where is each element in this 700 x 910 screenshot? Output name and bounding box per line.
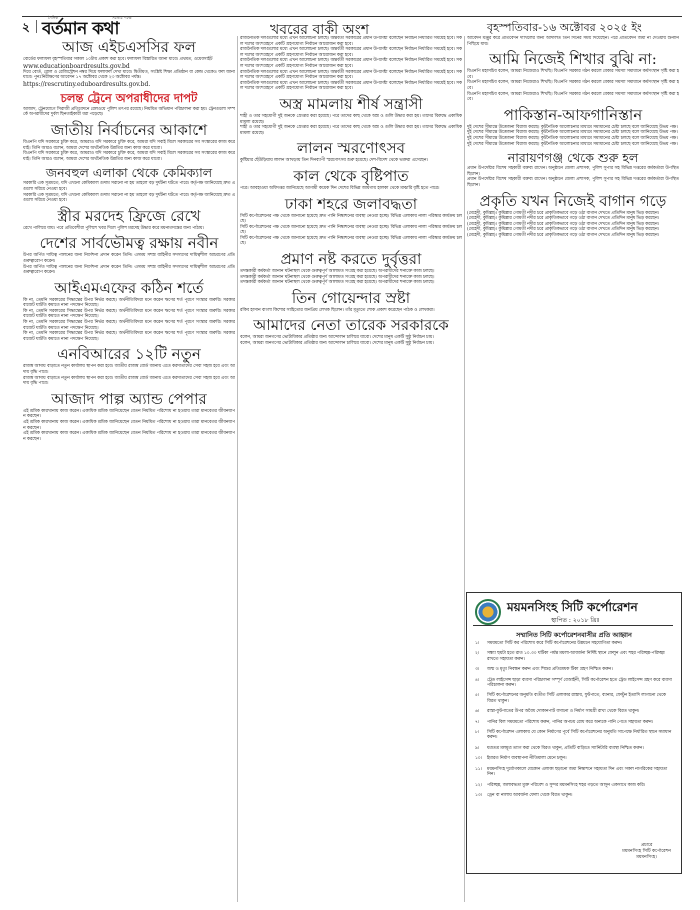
masthead-divider [36, 20, 37, 33]
article-body: বলেন, আমরা জনগণের ভোটাধিকার প্রতিষ্ঠার জ… [240, 341, 462, 347]
article-body: কি না, তেমনি সরকারের সিদ্ধান্তের উপর নির… [23, 320, 235, 331]
article-train-crime: চলন্ত ট্রেনে অপরাধীদের দাপট আজাদ, ট্রেনয… [23, 91, 235, 118]
column-2: রাজনৈতিক দলগুলোর মধ্যে এখন আলোচনা চলছে। … [240, 36, 462, 902]
article-body: আজাদ, ট্রেনযোগে সিরাজী প্রতিবেদনে রেলওয়… [23, 107, 235, 118]
article-body: বিএনপি মহাসচিব বলেন, আমরা নিজেরাও শিখছি।… [467, 92, 679, 103]
article-continued: রাজনৈতিক দলগুলোর মধ্যে এখন আলোচনা চলছে। … [240, 36, 462, 92]
article-three-detectives: তিন গোয়েন্দার স্রষ্টা রকিব হাসান বাংলা … [240, 289, 462, 314]
article-rain: কাল থেকে বৃষ্টিপাত পরে। আবহাওয়া অধিদপ্ত… [240, 167, 462, 192]
notice-signature: প্রচারে ময়মনসিংহ সিটি কর্পোরেশন ময়মনসি… [622, 843, 671, 861]
article-sovereignty: দেশের সার্বভৌমত্ব রক্ষায় নবীন উপর অর্পি… [23, 234, 235, 275]
article-body: এই শ্রমিক কারখানায় কাজ করেন। একাধিক শ্র… [23, 431, 235, 442]
logo-tagline-right: সত্যের পক্ষে [112, 15, 131, 22]
notice-item: ৮।সিটি কর্পোরেশন এলাকায় যে কোন নির্মাণে… [475, 730, 673, 741]
article-body: এই শ্রমিক কারখানায় কাজ করেন। একাধিক শ্র… [23, 420, 235, 431]
rescrutiny-url-link[interactable]: https://rescrutiny.eduboardresults.gov.b… [23, 81, 235, 88]
article-paper-mill: আজাদ পাল্প অ্যান্ড পেপার এই শ্রমিক কারখা… [23, 390, 235, 443]
article-narayanganj: নারায়ণগঞ্জ থেকে শুরু হল প্রধান উপদেষ্টা… [467, 150, 679, 188]
article-body: কুষ্টিয়ার ছেঁউড়িয়ায় লালন আখড়ায় তিন… [240, 158, 462, 164]
article-body: সিটি কর্পোরেশনের পক্ষ থেকে জানানো হয়েছে… [240, 225, 462, 236]
notice-item: ১১।ময়মনসিংহ দুর্যোগকালে যেকোন এলাকা ছড়… [475, 767, 673, 778]
article-body: রাজস্ব আদায় বাড়াতে নতুন কার্যালয় স্থা… [23, 376, 235, 387]
article-body: (মেহেদী, কুমিল্লা)। কুমিল্লার গোমতী নদীর… [467, 233, 679, 239]
article-body: রাজস্ব আদায় বাড়াতে নতুন কার্যালয় স্থা… [23, 364, 235, 375]
notice-item: ৬।রাস্তা-ফুটপাতের উপর অবৈধ দোকানপাট বসান… [475, 709, 673, 714]
headline: তিন গোয়েন্দার স্রষ্টা [240, 289, 462, 307]
article-body: বিএনপি মহাসচিব বলেন, আমরা নিজেরাও শিখছি।… [467, 69, 679, 80]
headline: প্রমাণ নষ্ট করতে দুর্বৃত্তরা [240, 250, 462, 268]
notice-item: ৭।পানির বিল সময়মতো পরিশোধ করুন, পানির অ… [475, 720, 673, 725]
article-body: উপর অর্পিত দায়িত্ব পালনের জন্য নির্দেশন… [23, 253, 235, 264]
article-body: বিএনপি যদি সরকারে চুক্তি করে, আমরাও যদি … [23, 151, 235, 162]
article-election: জাতীয় নির্বাচনের আকাশে বিএনপি যদি সরকার… [23, 121, 235, 162]
notice-list: ১।সময়মতো সিটি কর পরিশোধ করে সিটি কর্পোর… [475, 641, 673, 803]
headline: স্ত্রীর মরদেহ ফ্রিজে রেখে [23, 207, 235, 225]
notice-item: ৫।সিটি কর্পোরেশনের অনুমতি ব্যতীত সিটি এল… [475, 693, 673, 704]
headline: লালন স্মরণোৎসব [240, 139, 462, 157]
article-body: রকিব হাসান বাংলা কিশোর সাহিত্যের জনপ্রিয… [240, 308, 462, 314]
notice-item: ৩।জন্ম ও মৃত্যু নিবন্ধন করুন এবং শিশুর প… [475, 667, 673, 672]
article-body: দিয়ে বোর্ড, রোল ও রেজিস্ট্রেশন নম্বর দি… [23, 70, 235, 81]
notice-divider [473, 625, 673, 626]
article-evidence: প্রমাণ নষ্ট করতে দুর্বৃত্তরা তদন্তকারী ক… [240, 250, 462, 286]
article-body: তদন্তকারী কর্মকর্তা জানান ঘটনাস্থল থেকে … [240, 269, 462, 275]
article-body: (মেহেদী, কুমিল্লা)। কুমিল্লার গোমতী নদীর… [467, 216, 679, 222]
article-body: রাজনৈতিক দলগুলোর মধ্যে এখন আলোচনা চলছে। … [240, 58, 462, 69]
article-body: রাজনৈতিক দলগুলোর মধ্যে এখন আলোচনা চলছে। … [240, 36, 462, 47]
headline: চলন্ত ট্রেনে অপরাধীদের দাপট [23, 91, 235, 106]
notice-heading: সম্মানিত সিটি কর্পোরেশনবাসীর প্রতি আহ্বা… [467, 630, 681, 641]
article-arms-case: অস্ত্র মামলায় শীর্ষ সন্ত্রাসী শাহী ও তা… [240, 95, 462, 136]
article-body: রাজনৈতিক দলগুলোর মধ্যে এখন আলোচনা চলছে। … [240, 70, 462, 81]
article-chemical: জনবহুল এলাকা থেকে কেমিক্যাল সরকারি এক সূ… [23, 165, 235, 203]
city-corporation-notice: ময়মনসিংহ সিটি কর্পোরেশন স্থাপিত : ২০১৮ … [466, 592, 682, 874]
article-body: প্রধান উপদেষ্টার বিশেষ সহকারী বক্তব্য রা… [467, 177, 679, 188]
article-body: শাহী ও তার সহযোগী দুই জনকে গ্রেপ্তার করা… [240, 114, 462, 125]
headline: আজাদ পাল্প অ্যান্ড পেপার [23, 390, 235, 408]
notice-item: ১২।পরিচ্ছন্ন, জলাবদ্ধতা মুক্ত পরিবেশ ও স… [475, 783, 673, 788]
headline: আইএমএফের কঠিন শর্তে [23, 279, 235, 297]
article-body: সরকারি এক সূত্রমতে, যদি এখনো কেমিক্যাল গ… [23, 193, 235, 204]
article-body: রাজনৈতিক দলগুলোর মধ্যে এখন আলোচনা চলছে। … [240, 81, 462, 92]
article-body: উপর অর্পিত দায়িত্ব পালনের জন্য নির্দেশন… [23, 265, 235, 276]
headline: আমাদের নেতা তারেক সরকারকে [240, 316, 462, 334]
article-body: দুই দেশের সীমান্তে উত্তেজনা বিরাজ করছে। … [467, 142, 679, 148]
notice-item: ৯।যত্রতত্র মলমূত্র ত্যাগ করা থেকে বিরত থ… [475, 746, 673, 751]
headline: জাতীয় নির্বাচনের আকাশে [23, 121, 235, 139]
column-divider [464, 36, 465, 902]
headline: পাকিস্তান-আফগানিস্তান [467, 106, 679, 124]
article-tarek: আমাদের নেতা তারেক সরকারকে বলেন, আমরা জনগ… [240, 316, 462, 346]
column-1: আজ এইচএসসির ফল বোর্ডের ফলাফল বৃহস্পতিবার… [23, 36, 235, 902]
article-body: রাজনৈতিক দলগুলোর মধ্যে এখন আলোচনা চলছে। … [240, 47, 462, 58]
article-lalon: লালন স্মরণোৎসব কুষ্টিয়ার ছেঁউড়িয়ায় ল… [240, 139, 462, 164]
article-body: কি না, তেমনি সরকারের সিদ্ধান্তের উপর নির… [23, 298, 235, 309]
article-body: রেখে পালিয়ে যায়। পরে প্রতিবেশীরা পুলিশ… [23, 226, 235, 232]
article-body: সিটি কর্পোরেশনের পক্ষ থেকে জানানো হয়েছে… [240, 214, 462, 225]
article-body: আবেদন মঞ্জুর করে প্রতিবেদন দাখিলের জন্য … [467, 36, 679, 47]
article-fridge: স্ত্রীর মরদেহ ফ্রিজে রেখে রেখে পালিয়ে য… [23, 207, 235, 232]
article-body: কি না, তেমনি সরকারের সিদ্ধান্তের উপর নির… [23, 309, 235, 320]
article-body: বিএনপি মহাসচিব বলেন, আমরা নিজেরাও শিখছি।… [467, 80, 679, 91]
article-body: প্রধান উপদেষ্টার বিশেষ সহকারী বক্তব্য রা… [467, 166, 679, 177]
article-mirza-fakhrul: আমি নিজেই শিখার বুঝি না: বিএনপি মহাসচিব … [467, 50, 679, 103]
headline: নারায়ণগঞ্জ থেকে শুরু হল [467, 150, 679, 165]
headline: জনবহুল এলাকা থেকে কেমিক্যাল [23, 165, 235, 180]
headline: প্রকৃতি যখন নিজেই বাগান গড়ে [467, 192, 679, 210]
article-body: শাহী ও তার সহযোগী দুই জনকে গ্রেপ্তার করা… [240, 125, 462, 136]
headline: ঢাকা শহরে জলাবদ্ধতা [240, 195, 462, 213]
article-body: বিএনপি যদি সরকারে চুক্তি করে, আমরাও যদি … [23, 140, 235, 151]
article-hsc-result: আজ এইচএসসির ফল বোর্ডের ফলাফল বৃহস্পতিবার… [23, 38, 235, 88]
city-corporation-emblem-icon [475, 599, 501, 625]
article-nbr: এনবিআরের ১২টি নতুন রাজস্ব আদায় বাড়াতে … [23, 345, 235, 386]
article-waterlogging: ঢাকা শহরে জলাবদ্ধতা সিটি কর্পোরেশনের পক্… [240, 195, 462, 248]
article-body: সিটি কর্পোরেশনের পক্ষ থেকে জানানো হয়েছে… [240, 236, 462, 247]
article-continued: আবেদন মঞ্জুর করে প্রতিবেদন দাখিলের জন্য … [467, 36, 679, 47]
article-body: তদন্তকারী কর্মকর্তা জানান ঘটনাস্থল থেকে … [240, 280, 462, 286]
article-nature-garden: প্রকৃতি যখন নিজেই বাগান গড়ে (মেহেদী, কু… [467, 192, 679, 239]
article-body: দুই দেশের সীমান্তে উত্তেজনা বিরাজ করছে। … [467, 136, 679, 142]
notice-item: ১।সময়মতো সিটি কর পরিশোধ করে সিটি কর্পোর… [475, 641, 673, 646]
notice-item: ২।সন্ধ্যা ছয়টা হতে রাত ১০.৩০ ঘটিকা পর্য… [475, 651, 673, 662]
article-pak-afghan: পাকিস্তান-আফগানিস্তান দুই দেশের সীমান্তে… [467, 106, 679, 147]
column-divider [237, 36, 238, 902]
headline: আমি নিজেই শিখার বুঝি না: [467, 50, 679, 68]
article-body: বোর্ডের ফলাফল বৃহস্পতিবার সকাল ১০টায় প্… [23, 57, 235, 63]
headline: আজ এইচএসসির ফল [23, 38, 235, 56]
headline: কাল থেকে বৃষ্টিপাত [240, 167, 462, 185]
article-body: পরে। আবহাওয়া অধিদপ্তর জানিয়েছে আগামী ক… [240, 186, 462, 192]
article-body: এই শ্রমিক কারখানায় কাজ করেন। একাধিক শ্র… [23, 409, 235, 420]
column-3: আবেদন মঞ্জুর করে প্রতিবেদন দাখিলের জন্য … [467, 36, 679, 586]
notice-item: ১৩।ড্রেন বা নালায় আবর্জনা ফেলা থেকে বির… [475, 793, 673, 798]
article-body: সরকারি এক সূত্রমতে, যদি এখনো কেমিক্যাল গ… [23, 181, 235, 192]
result-url-link[interactable]: www.educationboardresults.gov.bd [23, 63, 235, 70]
article-body: কি না, তেমনি সরকারের সিদ্ধান্তের উপর নির… [23, 331, 235, 342]
notice-item: ৪।ট্রেড লাইসেন্স ছাড়া ব্যবসা পরিচালনা স… [475, 678, 673, 689]
headline: এনবিআরের ১২টি নতুন [23, 345, 235, 363]
notice-item: ১০।ইমারত নির্মাণ ব্যবস্থাপনা নীতিমালা মে… [475, 756, 673, 761]
headline: অস্ত্র মামলায় শীর্ষ সন্ত্রাসী [240, 95, 462, 113]
headline: দেশের সার্বভৌমত্ব রক্ষায় নবীন [23, 234, 235, 252]
article-imf: আইএমএফের কঠিন শর্তে কি না, তেমনি সরকারের… [23, 279, 235, 343]
